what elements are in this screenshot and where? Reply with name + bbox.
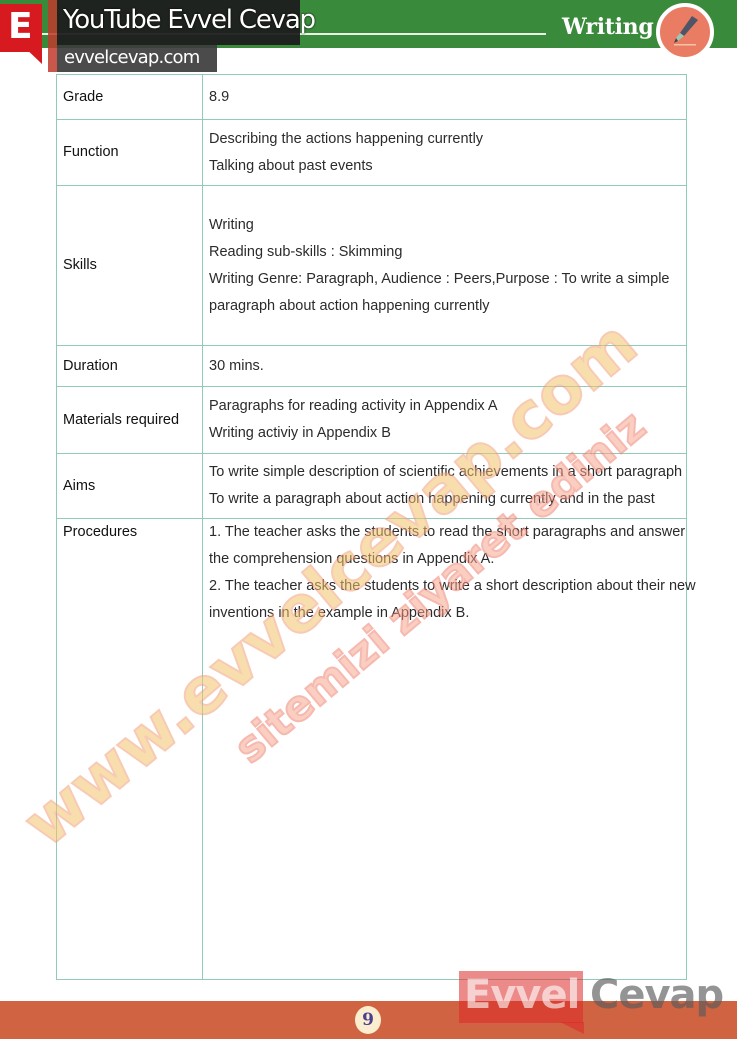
value-line: 8.9 (209, 84, 680, 111)
row-value: Paragraphs for reading activity in Appen… (203, 387, 687, 454)
value-line: Writing Genre: Paragraph, Audience : Pee… (209, 266, 680, 293)
channel-title: YouTube Evvel Cevap (63, 5, 315, 35)
value-line: Writing activiy in Appendix B (209, 420, 680, 447)
logo-letter: E (8, 6, 33, 47)
value-line: 30 mins. (209, 353, 680, 380)
table-row-skills: Skills Writing Reading sub-skills : Skim… (57, 186, 687, 346)
row-label: Procedures (57, 519, 203, 980)
value-line: Describing the actions happening current… (209, 126, 680, 153)
value-line: Reading sub-skills : Skimming (209, 239, 680, 266)
row-value: Writing Reading sub-skills : Skimming Wr… (203, 186, 687, 346)
value-line: Paragraphs for reading activity in Appen… (209, 393, 680, 420)
evvelcevap-logo: E (0, 4, 42, 64)
writing-badge (656, 3, 714, 61)
table-row-duration: Duration 30 mins. (57, 346, 687, 387)
overlay-stripe (48, 0, 57, 72)
row-value: Describing the actions happening current… (203, 120, 687, 186)
row-value: 8.9 (203, 75, 687, 120)
row-value: To write simple description of scientifi… (203, 454, 687, 519)
row-value: 30 mins. (203, 346, 687, 387)
table-row-materials: Materials required Paragraphs for readin… (57, 387, 687, 454)
row-label: Materials required (57, 387, 203, 454)
value-line: Talking about past events (209, 153, 680, 180)
value-line: Writing (209, 212, 680, 239)
row-label: Function (57, 120, 203, 186)
row-value: 1. The teacher asks the students to read… (203, 519, 687, 980)
value-line: 1. The teacher asks the students to read… (209, 519, 680, 546)
section-title: Writing (562, 14, 653, 40)
table-row-procedures: Procedures 1. The teacher asks the stude… (57, 519, 687, 980)
value-line: To write a paragraph about action happen… (209, 486, 680, 513)
value-line: To write simple description of scientifi… (209, 459, 680, 486)
value-line: 2. The teacher asks the students to writ… (209, 573, 680, 600)
table-row-function: Function Describing the actions happenin… (57, 120, 687, 186)
row-label: Aims (57, 454, 203, 519)
lesson-plan-table: Grade 8.9 Function Describing the action… (56, 74, 687, 980)
row-label: Duration (57, 346, 203, 387)
table-row-aims: Aims To write simple description of scie… (57, 454, 687, 519)
value-line: the comprehension questions in Appendix … (209, 546, 680, 573)
pen-icon (668, 14, 702, 48)
page-number: 9 (355, 1006, 381, 1034)
brand-name-evvel: Evvel (464, 972, 579, 1018)
channel-url: evvelcevap.com (64, 47, 200, 68)
row-label: Grade (57, 75, 203, 120)
value-line: paragraph about action happening current… (209, 293, 680, 320)
value-line: inventions in the example in Appendix B. (209, 600, 680, 627)
row-label: Skills (57, 186, 203, 346)
table-row-grade: Grade 8.9 (57, 75, 687, 120)
brand-name-cevap: Cevap (590, 972, 723, 1018)
